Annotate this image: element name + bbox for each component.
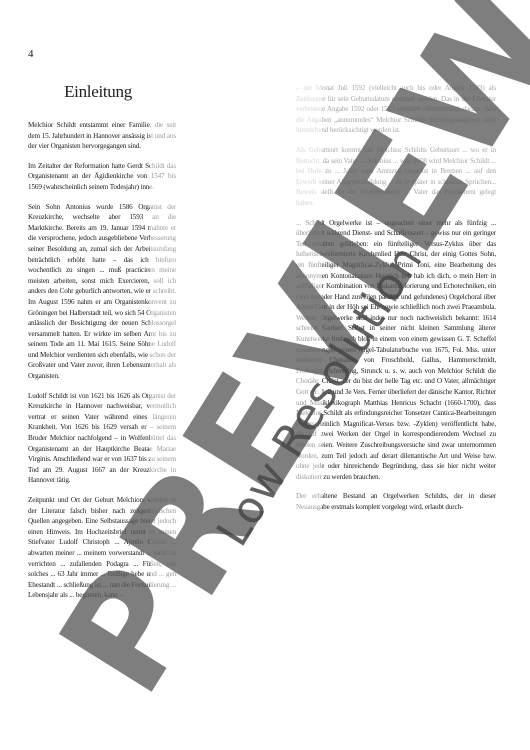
paragraph: – der Monat Juli 1592 (vielleicht auch b… [296,83,496,136]
paragraph: Sein Sohn Antonius wurde 1586 Organist d… [28,202,176,382]
paragraph: Im Zeitalter der Reformation hatte Gerdt… [28,161,176,193]
left-text-column: Melchior Schildt entstammt einer Familie… [28,120,176,610]
paragraph: Ludolf Schildt ist von 1621 bis 1626 als… [28,391,176,486]
paragraph: Melchior Schildt entstammt einer Familie… [28,120,176,152]
paragraph: Der erhaltene Bestand an Orgelwerken Sch… [296,491,496,512]
paragraph: Zeitpunkt und Ort der Geburt Melchiors w… [28,495,176,601]
paragraph: ... Schildt Orgelwerke ist – ungeachtet … [296,218,496,483]
page-number: 4 [28,48,34,60]
chapter-title: Einleitung [28,82,168,102]
paragraph: Als Geburtsort kommt nur Melchior Schild… [296,145,496,209]
right-text-column: – der Monat Juli 1592 (vielleicht auch b… [296,83,496,522]
